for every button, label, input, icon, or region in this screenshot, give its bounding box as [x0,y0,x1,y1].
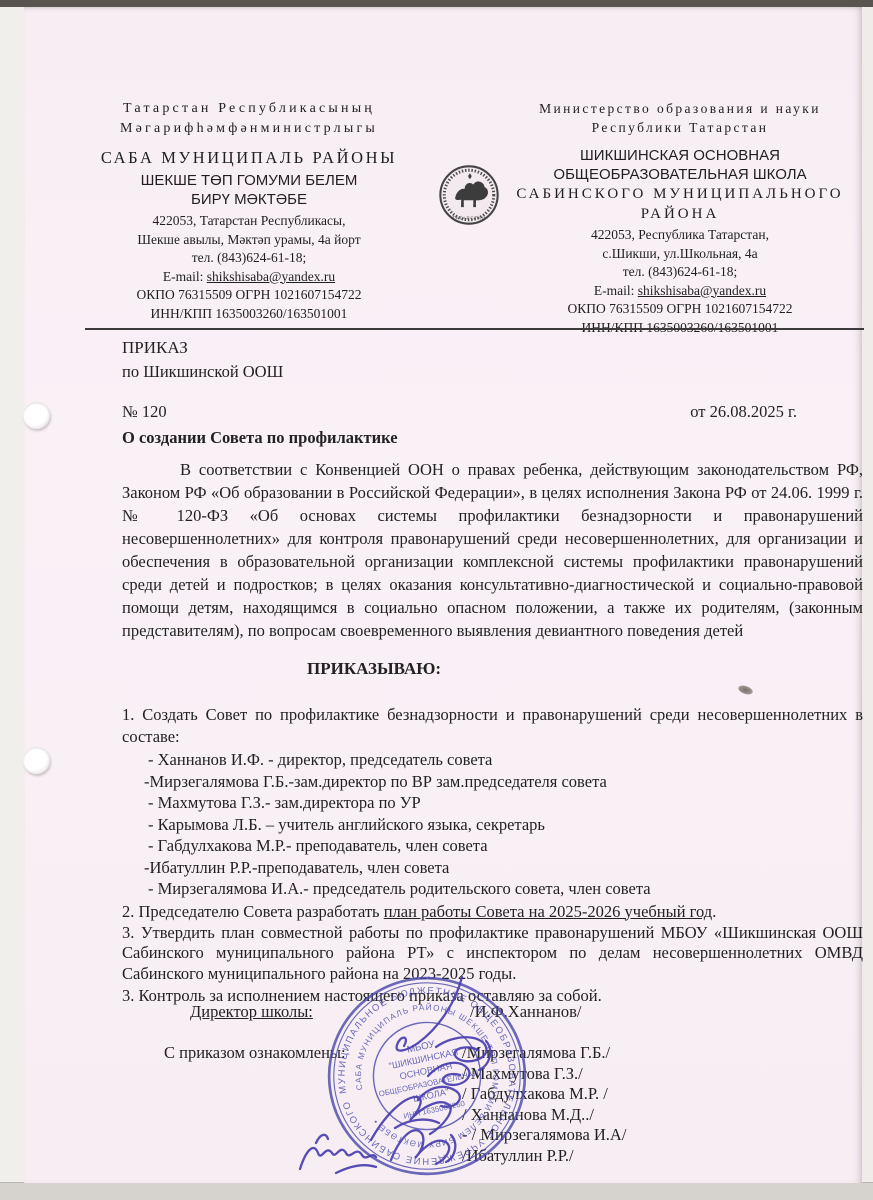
email-line-right: E-mail: shikshisaba@yandex.ru [494,282,866,301]
address-tatar-line1: 422053, Татарстан Республикасы, [82,212,416,231]
emblem-caption: ТАТАРСТАН [452,215,486,220]
signature-stroke [428,1063,469,1085]
order-item-1: 1. Создать Совет по профилактике безнадз… [122,704,863,748]
hole-punch-top [23,402,50,429]
scanner-edge-left [0,7,24,1183]
email-address-left: shikshisaba@yandex.ru [207,269,335,284]
phone-left: тел. (843)624-61-18; [82,249,416,268]
council-member: -Ибатуллин Р.Р.-преподаватель, член сове… [144,857,863,879]
council-member: - Карымова Л.Б. – учитель английского яз… [148,814,863,836]
phone-right: тел. (843)624-61-18; [494,263,866,282]
letterhead-left: Татарстан Республикасының Мәгарифһәмфәнм… [82,99,416,323]
item2-text: 2. Председателю Совета разработать [122,902,384,921]
signature-stroke [418,1087,460,1107]
school-district-rus-line1: САБИНСКОГО МУНИЦИПАЛЬНОГО [494,184,866,204]
council-member: - Махмутова Г.З.- зам.директора по УР [148,792,863,814]
ministry-name-rus-line1: Министерство образования и науки [494,99,866,118]
okpo-ogrn-left: ОКПО 76315509 ОГРН 1021607154722 [82,286,416,305]
address-rus-line2: с.Шикши, ул.Школьная, 4а [494,245,866,264]
council-member: - Ханнанов И.Ф. - директор, председатель… [148,749,863,771]
scanned-order-document: { "header_left": { "ministry_line1": "Та… [0,0,873,1200]
school-name-tatar-line2: БИРҮ МӘКТӘБЕ [82,190,416,209]
ministry-name-tatar-line2: Мәгарифһәмфәнминистрлыгы [82,119,416,139]
item2-underlined-text: план работы Совета на 2025-2026 учебный … [384,902,712,921]
ibatullin-signature [300,1135,376,1173]
order-item-2: 2. Председателю Совета разработать план … [122,901,863,922]
inn-kpp-left: ИНН/КПП 1635003260/163501001 [82,305,416,324]
pen-signatures [274,947,694,1200]
document-type: ПРИКАЗ [122,336,863,359]
order-number: № 120 [122,400,167,423]
hole-punch-bottom [23,747,50,774]
scanner-edge-top [0,0,873,7]
document-org-line: по Шикшинской ООШ [122,360,863,383]
document-page: Татарстан Республикасының Мәгарифһәмфәнм… [24,7,862,1183]
email-label-right: E-mail: [594,283,638,298]
address-rus-line1: 422053, Республика Татарстан, [494,226,866,245]
order-preamble: В соответствии с Конвенцией ООН о правах… [122,458,863,642]
council-member: - Габдулхакова М.Р.- преподаватель, член… [148,835,863,857]
header-separator-line [85,328,864,330]
school-name-tatar-line1: ШЕКШЕ ТӨП ГОМУМИ БЕЛЕМ [82,171,416,190]
order-body: ПРИКАЗ по Шикшинской ООШ № 120 от 26.08.… [122,336,863,1006]
council-member: -Мирзегалямова Г.Б.-зам.директор по ВР з… [144,771,863,793]
ministry-name-rus-line2: Республики Татарстан [494,118,866,137]
school-name-rus-line2: ОБЩЕОБРАЗОВАТЕЛЬНАЯ ШКОЛА [494,165,866,184]
signature-stroke [391,1130,455,1164]
ministry-name-tatar-line1: Татарстан Республикасының [82,99,416,119]
school-name-rus-line1: ШИКШИНСКАЯ ОСНОВНАЯ [494,146,866,165]
resolve-heading: ПРИКАЗЫВАЮ: [307,657,863,680]
order-title: О создании Совета по профилактике [122,426,863,449]
district-name-tatar: САБА МУНИЦИПАЛЬ РАЙОНЫ [82,146,416,169]
okpo-ogrn-right: ОКПО 76315509 ОГРН 1021607154722 [494,300,866,319]
item2-period: . [712,902,716,921]
council-member: - Мирзегалямова И.А.- председатель родит… [148,878,863,900]
letterhead-right: Министерство образования и науки Республ… [494,99,866,337]
tatarstan-coat-of-arms-icon: ТАТАРСТАН [436,162,502,228]
council-members-list: - Ханнанов И.Ф. - директор, председатель… [122,749,863,900]
email-label-left: E-mail: [163,269,207,284]
address-tatar-line2: Шекше авылы, Мәктәп урамы, 4а йорт [82,231,416,250]
email-line-left: E-mail: shikshisaba@yandex.ru [82,268,416,287]
number-date-row: № 120 от 26.08.2025 г. [122,400,863,423]
email-address-right: shikshisaba@yandex.ru [638,283,766,298]
signature-stroke [371,1097,451,1140]
order-date: от 26.08.2025 г. [690,400,797,423]
school-district-rus-line2: РАЙОНА [494,204,866,224]
